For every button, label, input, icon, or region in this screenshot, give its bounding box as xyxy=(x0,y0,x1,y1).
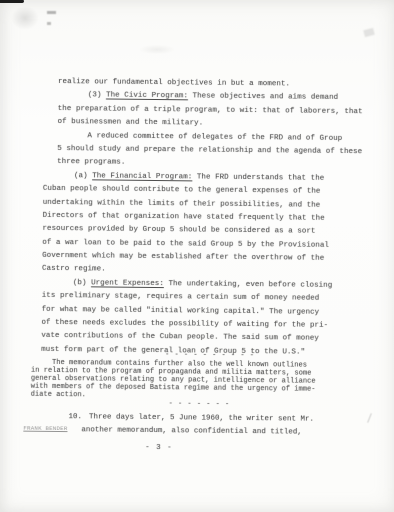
document-page: realize our fundamental objectives in bu… xyxy=(0,0,394,512)
dashed-separator: - - - - - - - - - - xyxy=(165,351,254,360)
paragraph-text: These objectives and aims demand xyxy=(188,93,338,103)
heading-urgent-expenses: Urgent Expenses: xyxy=(91,279,164,288)
numbered-item-10: 10.Three days later, 5 June 1960, the wr… xyxy=(68,411,314,440)
dashed-separator: - - - - - - - xyxy=(169,400,230,409)
page-number: - 3 - xyxy=(145,444,173,452)
item-number: 10. xyxy=(68,413,82,421)
paragraph-text: The undertaking, even before closing xyxy=(164,280,332,290)
margin-note: FRANK BENDER xyxy=(23,425,67,432)
footnote-block: The memorandum contains further also the… xyxy=(31,359,376,403)
text-line: another memorandum, also confidential an… xyxy=(68,425,314,441)
item-label: (a) xyxy=(74,172,92,180)
body-text: realize our fundamental objectives in bu… xyxy=(41,76,368,361)
item-label: (3) xyxy=(88,92,106,100)
paragraph-text: Three days later, 5 June 1960, the write… xyxy=(89,413,314,423)
paragraph-text: The FRD understands that the xyxy=(192,173,324,182)
heading-civic-program: The Civic Program: xyxy=(106,92,188,101)
heading-financial-program: The Financial Program: xyxy=(92,172,192,181)
item-label: (b) xyxy=(73,279,91,287)
